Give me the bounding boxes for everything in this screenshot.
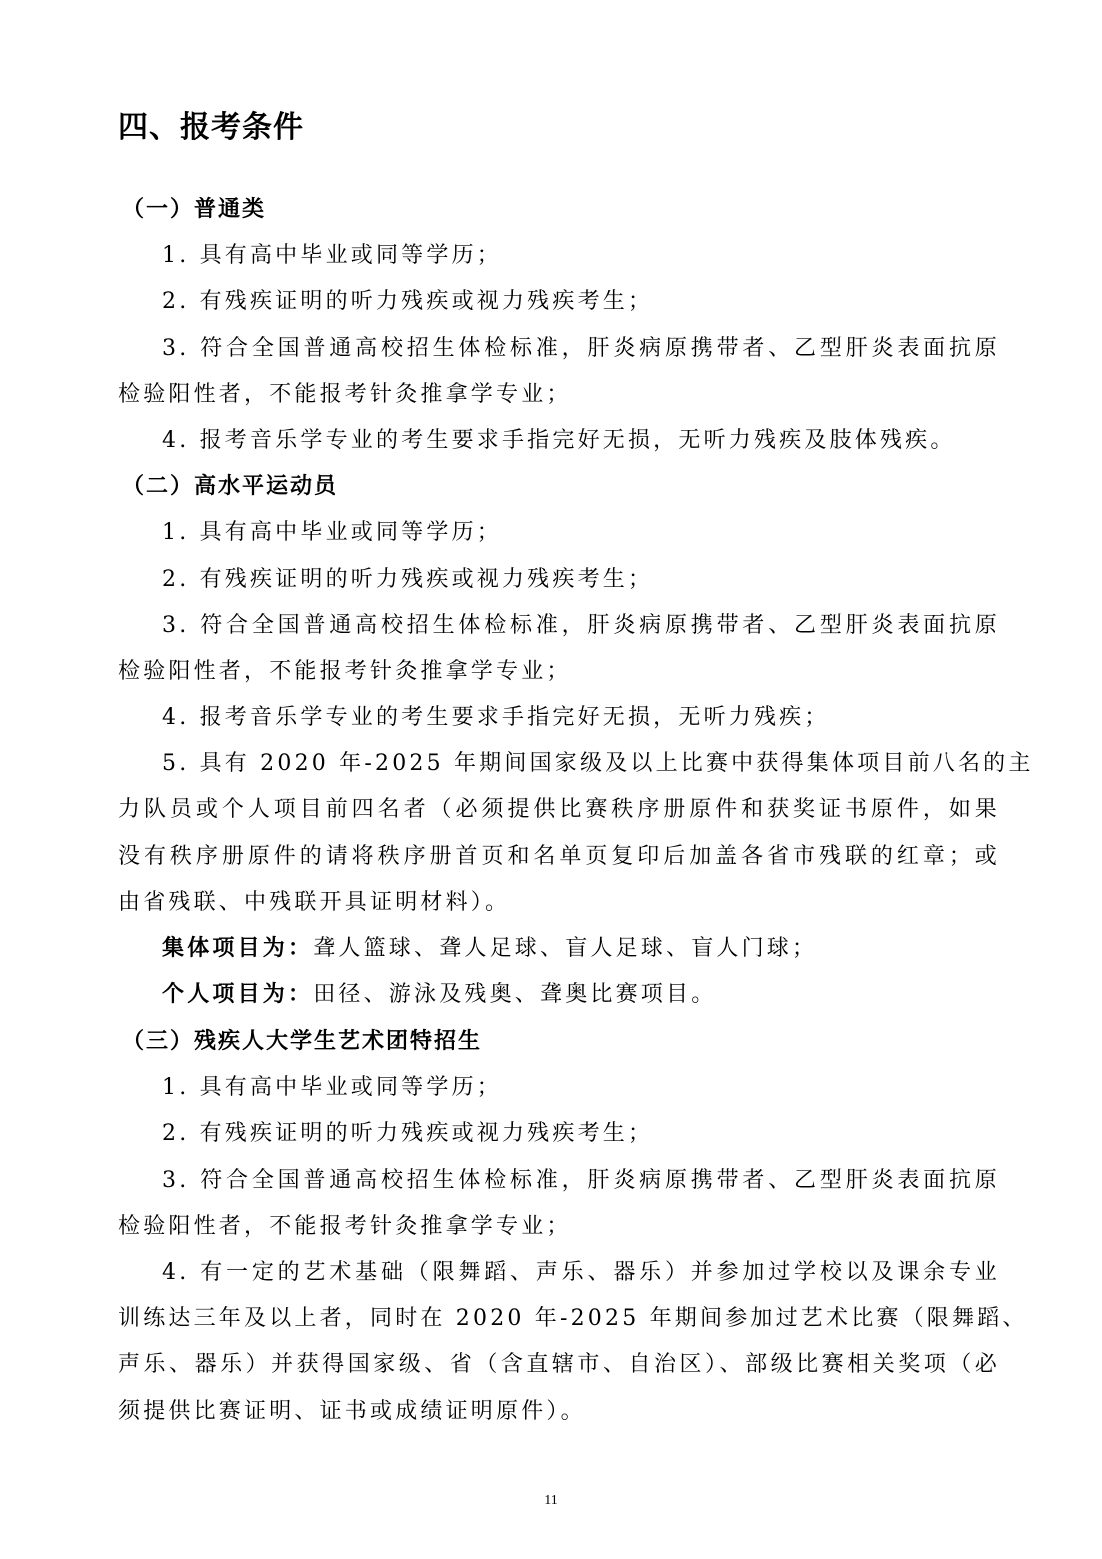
paragraph: 5. 具有 2020 年-2025 年期间国家级及以上比赛中获得集体项目前八名的… (162, 749, 1000, 779)
paragraph: 1. 具有高中毕业或同等学历； (162, 518, 1000, 548)
paragraph: 没有秩序册原件的请将秩序册首页和名单页复印后加盖各省市残联的红章；或 (118, 842, 1000, 872)
paragraph: 1. 具有高中毕业或同等学历； (162, 241, 1000, 271)
team-events-label: 集体项目为： (162, 936, 313, 961)
paragraph: 4. 报考音乐学专业的考生要求手指完好无损，无听力残疾及肢体残疾。 (162, 426, 1000, 456)
paragraph: 检验阳性者，不能报考针灸推拿学专业； (118, 657, 1000, 687)
page-number: 11 (0, 1493, 1102, 1509)
document-page: 四、报考条件 （一）普通类 1. 具有高中毕业或同等学历； 2. 有残疾证明的听… (0, 0, 1102, 1559)
paragraph: 2. 有残疾证明的听力残疾或视力残疾考生； (162, 565, 1000, 595)
team-events-line: 集体项目为：聋人篮球、聋人足球、盲人足球、盲人门球； (162, 934, 1000, 964)
subsection-title-athletes: （二）高水平运动员 (122, 472, 338, 502)
paragraph: 3. 符合全国普通高校招生体检标准，肝炎病原携带者、乙型肝炎表面抗原 (162, 611, 1000, 641)
team-events-value: 聋人篮球、聋人足球、盲人足球、盲人门球； (313, 936, 817, 961)
paragraph: 2. 有残疾证明的听力残疾或视力残疾考生； (162, 287, 1000, 317)
section-heading: 四、报考条件 (118, 108, 304, 148)
paragraph: 须提供比赛证明、证书或成绩证明原件）。 (118, 1397, 1000, 1427)
paragraph: 3. 符合全国普通高校招生体检标准，肝炎病原携带者、乙型肝炎表面抗原 (162, 334, 1000, 364)
paragraph: 检验阳性者，不能报考针灸推拿学专业； (118, 1212, 1000, 1242)
paragraph: 由省残联、中残联开具证明材料）。 (118, 888, 1000, 918)
paragraph: 力队员或个人项目前四名者（必须提供比赛秩序册原件和获奖证书原件，如果 (118, 795, 1000, 825)
subsection-title-art-troupe: （三）残疾人大学生艺术团特招生 (122, 1027, 482, 1057)
paragraph: 4. 报考音乐学专业的考生要求手指完好无损，无听力残疾； (162, 703, 1000, 733)
individual-events-label: 个人项目为： (162, 982, 313, 1007)
paragraph: 1. 具有高中毕业或同等学历； (162, 1073, 1000, 1103)
paragraph: 4. 有一定的艺术基础（限舞蹈、声乐、器乐）并参加过学校以及课余专业 (162, 1258, 1000, 1288)
paragraph: 3. 符合全国普通高校招生体检标准，肝炎病原携带者、乙型肝炎表面抗原 (162, 1166, 1000, 1196)
individual-events-value: 田径、游泳及残奥、聋奥比赛项目。 (313, 982, 716, 1007)
paragraph: 检验阳性者，不能报考针灸推拿学专业； (118, 380, 1000, 410)
individual-events-line: 个人项目为：田径、游泳及残奥、聋奥比赛项目。 (162, 980, 1000, 1010)
subsection-title-general: （一）普通类 (122, 195, 266, 225)
paragraph: 训练达三年及以上者，同时在 2020 年-2025 年期间参加过艺术比赛（限舞蹈… (118, 1304, 1000, 1334)
paragraph: 2. 有残疾证明的听力残疾或视力残疾考生； (162, 1119, 1000, 1149)
paragraph: 声乐、器乐）并获得国家级、省（含直辖市、自治区）、部级比赛相关奖项（必 (118, 1350, 1000, 1380)
